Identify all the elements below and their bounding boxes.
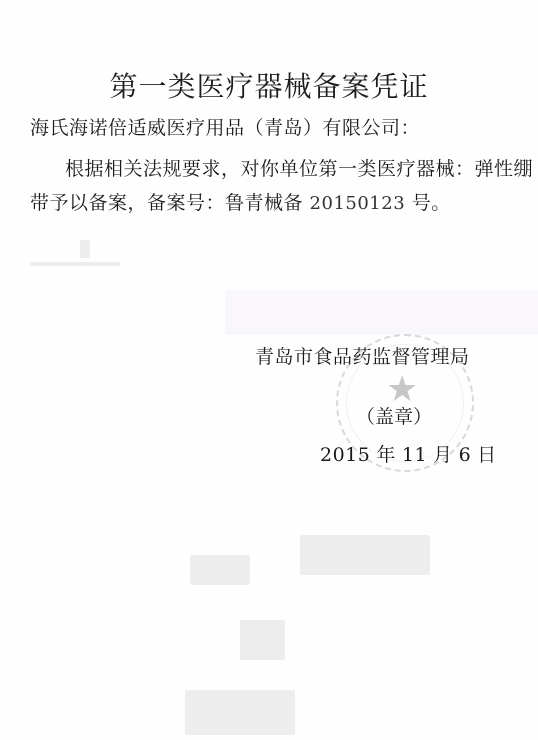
scanned-certificate-page: 第一类医疗器械备案凭证 海氏海诺倍适威医疗用品（青岛）有限公司： 根据相关法规要… [0, 0, 538, 740]
body-line-2-suffix: 号。 [405, 192, 451, 214]
date-day-unit: 日 [477, 444, 497, 466]
addressee-company: 海氏海诺倍适威医疗用品（青岛）有限公司： [30, 113, 420, 140]
scan-speck [80, 240, 90, 258]
body-paragraph-line-1: 根据相关法规要求，对你单位第一类医疗器械：弹性绷 [65, 154, 533, 181]
scan-speck [185, 690, 295, 735]
scan-speck [240, 620, 285, 660]
scan-speck [190, 555, 250, 585]
scan-artifact-band [225, 290, 538, 335]
document-title: 第一类医疗器械备案凭证 [0, 65, 538, 105]
body-paragraph-line-2: 带予以备案，备案号：鲁青械备 20150123 号。 [30, 188, 451, 215]
scan-speck [300, 535, 430, 575]
issuing-authority: 青岛市食品药监督管理局 [255, 342, 470, 369]
date-year-unit: 年 [376, 444, 396, 466]
issue-date: 2015年11月6日 [320, 440, 503, 467]
record-number: 20150123 [310, 193, 406, 214]
date-month: 11 [402, 444, 427, 466]
date-day: 6 [459, 444, 472, 466]
date-year: 2015 [320, 444, 370, 466]
seal-note: （盖章） [356, 402, 432, 429]
scan-speck [30, 262, 120, 266]
body-line-2-prefix: 带予以备案，备案号：鲁青械备 [30, 192, 310, 214]
date-month-unit: 月 [433, 444, 453, 466]
